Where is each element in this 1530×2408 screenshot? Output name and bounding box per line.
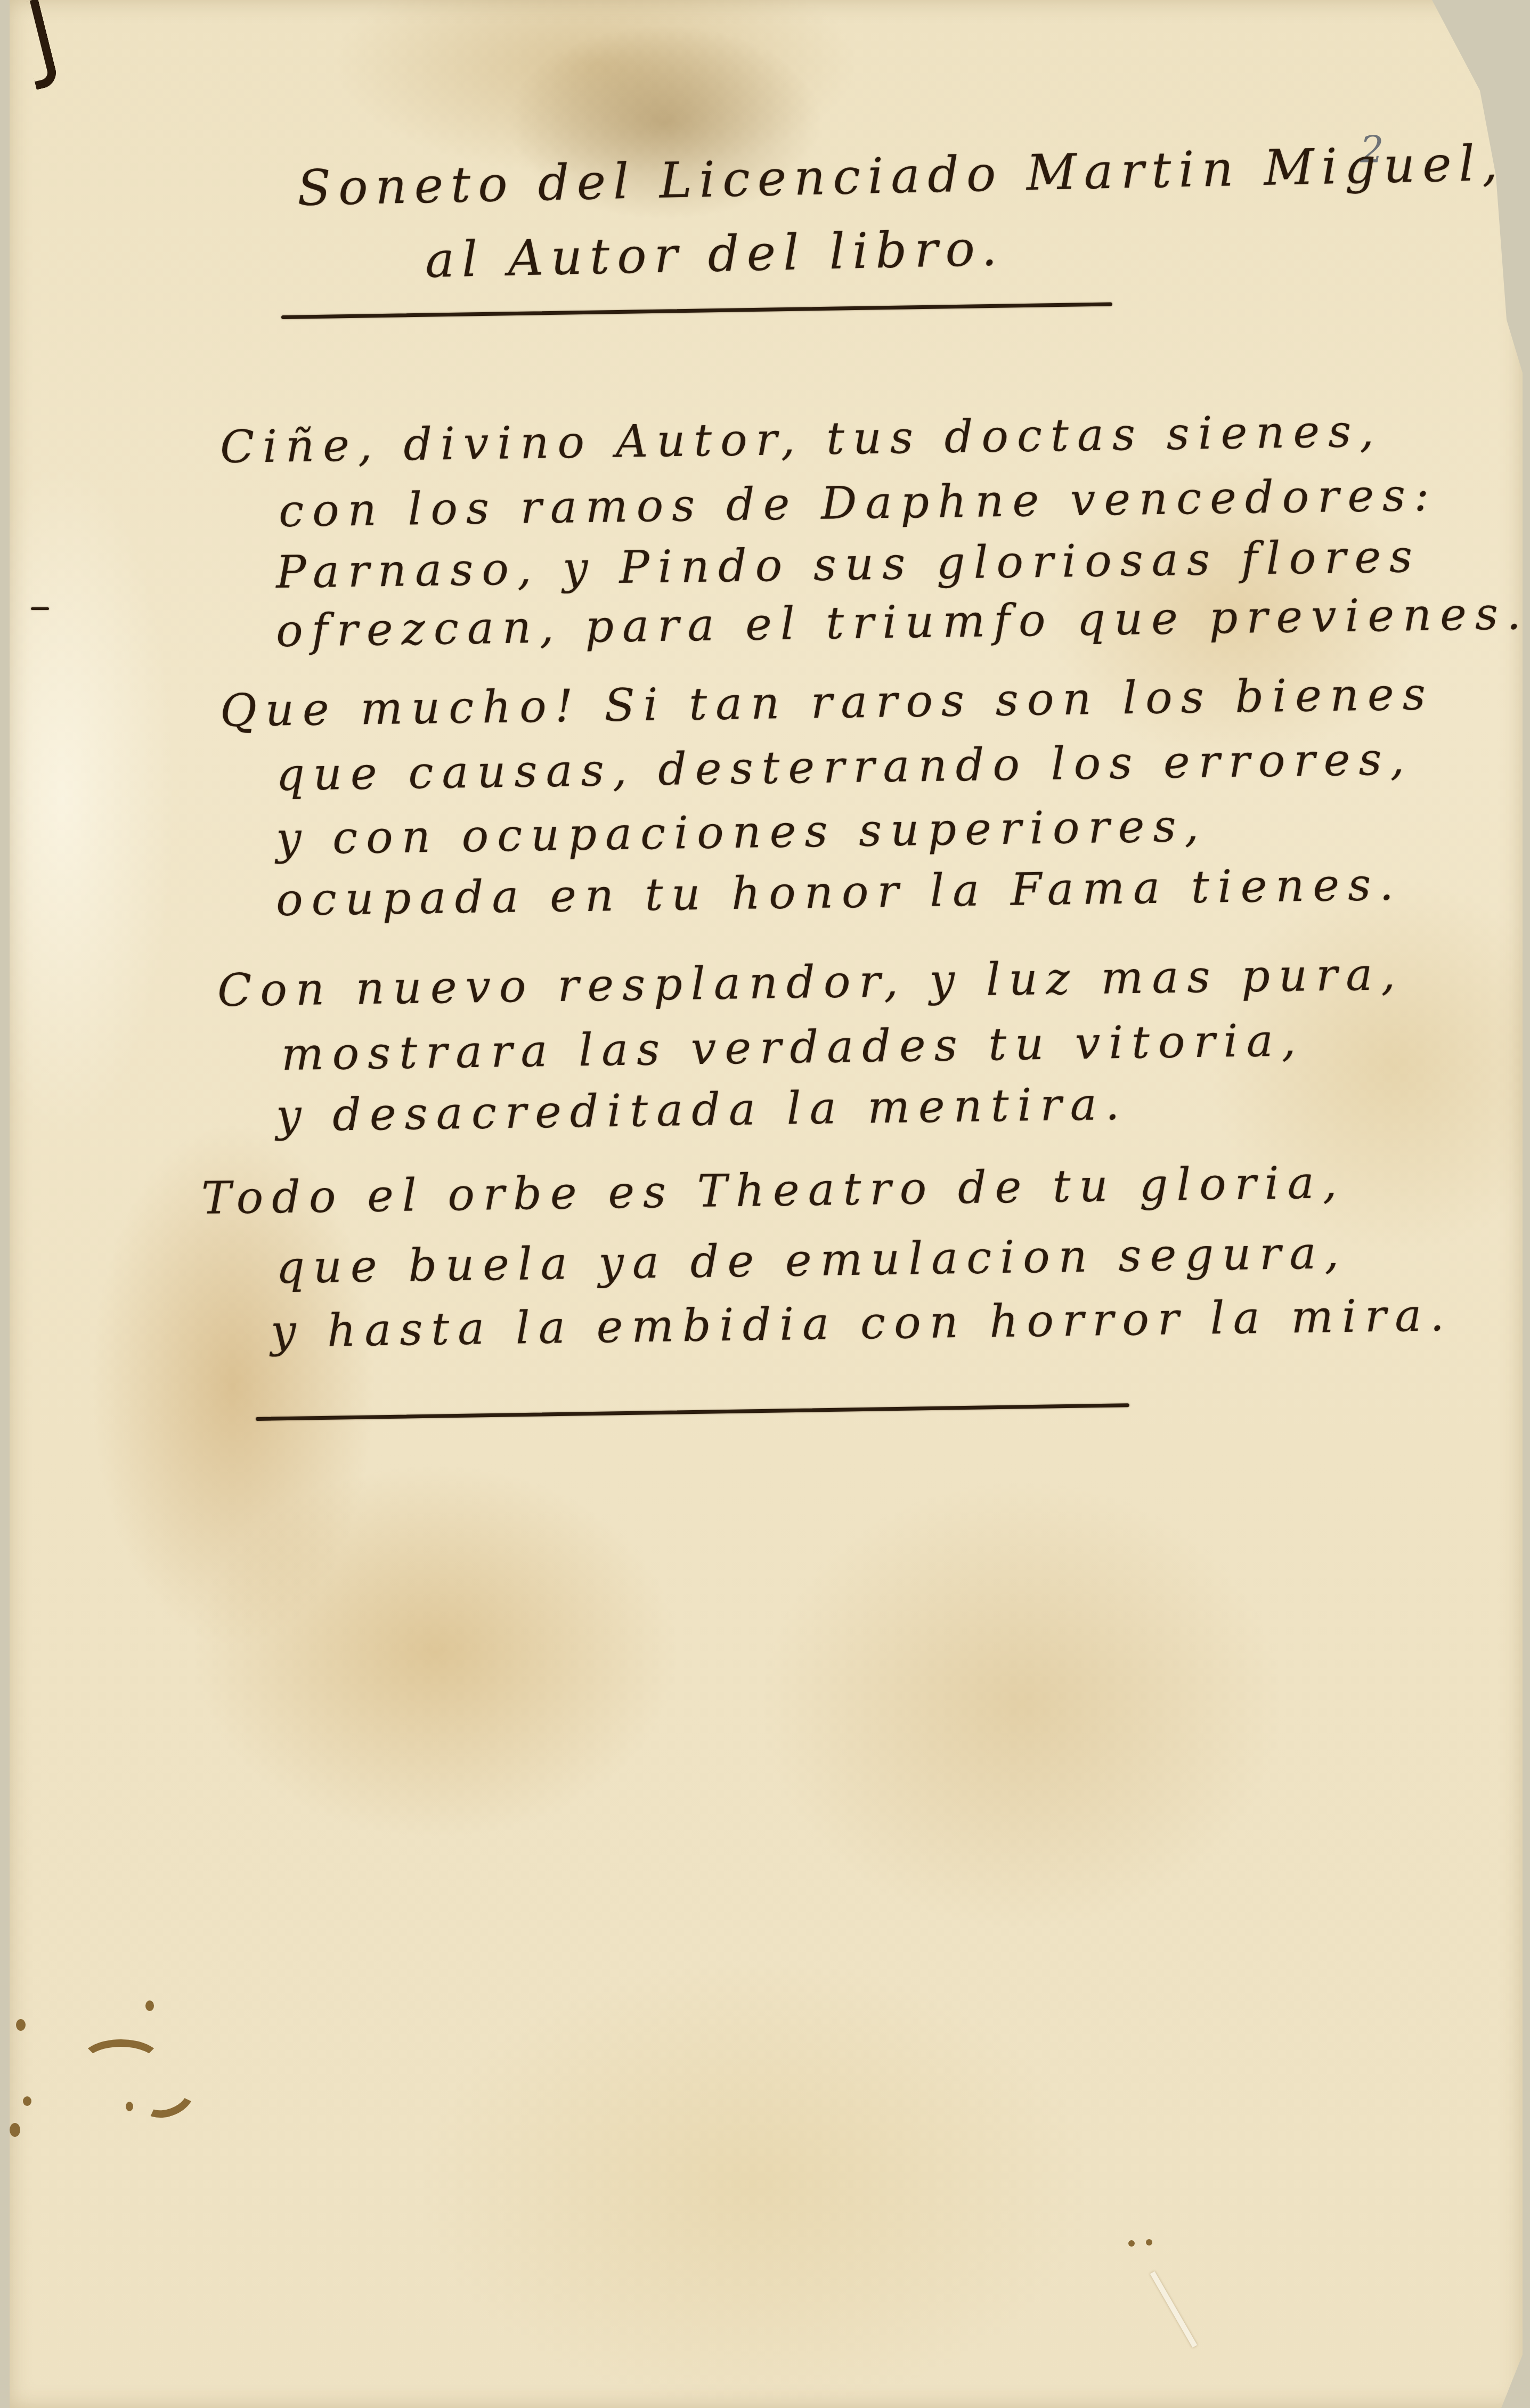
worm-hole bbox=[16, 2019, 26, 2031]
worm-hole bbox=[1146, 2239, 1152, 2246]
title-divider-rule bbox=[281, 302, 1112, 319]
worm-hole bbox=[126, 2102, 133, 2111]
verse-line-13: que buela ya de emulacion segura, bbox=[275, 1226, 1347, 1294]
margin-tick bbox=[31, 607, 49, 610]
verse-line-9: Con nuevo resplandor, y luz mas pura, bbox=[217, 948, 1404, 1016]
verse-line-4: ofrezcan, para el triumfo que previenes. bbox=[275, 587, 1529, 657]
verse-line-5: Que mucho! Si tan raros son los bienes bbox=[219, 668, 1434, 737]
worm-hole bbox=[10, 2123, 20, 2137]
title-line-1: Soneto del Licenciado Martin Miguel, bbox=[297, 135, 1505, 217]
verse-line-11: y desacreditada la mentira. bbox=[275, 1078, 1128, 1142]
verse-line-7: y con ocupaciones superiores, bbox=[275, 800, 1207, 865]
worm-hole bbox=[1128, 2240, 1135, 2247]
verse-line-8: ocupada en tu honor la Fama tienes. bbox=[275, 858, 1402, 926]
ink-corner-mark bbox=[15, 0, 60, 90]
verse-line-1: Ciñe, divino Autor, tus doctas sienes, bbox=[219, 405, 1382, 473]
verse-line-6: que causas, desterrando los errores, bbox=[275, 733, 1413, 801]
closing-rule bbox=[256, 1403, 1129, 1421]
verse-line-10: mostrara las verdades tu vitoria, bbox=[281, 1014, 1305, 1080]
verse-line-14: y hasta la embidia con horror la mira. bbox=[270, 1289, 1453, 1357]
manuscript-page: 2 Soneto del Licenciado Martin Miguel, a… bbox=[10, 0, 1523, 2408]
verse-line-12: Todo el orbe es Theatro de tu gloria, bbox=[201, 1156, 1346, 1224]
worm-hole bbox=[145, 2000, 154, 2011]
verse-line-3: Parnaso, y Pindo sus gloriosas flores bbox=[275, 530, 1421, 598]
title-line-2: al Autor del libro. bbox=[425, 219, 1005, 289]
worm-trail bbox=[79, 2039, 163, 2086]
verse-line-2: con los ramos de Daphne vencedores: bbox=[278, 469, 1438, 537]
paper-crease bbox=[1150, 2271, 1198, 2348]
worm-hole bbox=[23, 2096, 31, 2106]
